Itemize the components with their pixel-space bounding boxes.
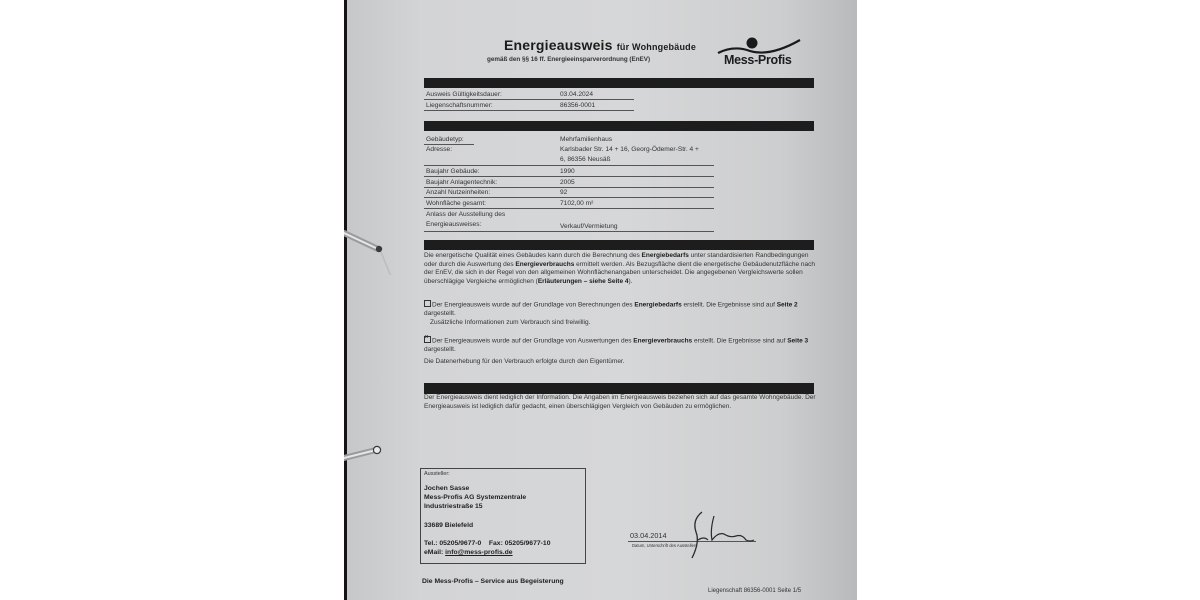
energy-certificate-page: Energieausweis für Wohngebäude gemäß den… — [344, 0, 857, 600]
option-demand-based: Der Energieausweis wurde auf der Grundla… — [424, 300, 816, 327]
bold-text: Erläuterungen – siehe Seite 4 — [538, 278, 629, 285]
issuer-fax: Fax: 05205/9677-10 — [489, 540, 551, 547]
bold-text: Energieverbrauchs — [633, 338, 692, 345]
document-title: Energieausweis für Wohngebäude — [504, 37, 696, 53]
text: erstellt. Die Ergebnisse sind auf — [692, 338, 787, 345]
info-paragraph: Die energetische Qualität eines Gebäudes… — [424, 252, 816, 286]
field-label: Ausweis Gültigkeitsdauer: — [426, 91, 502, 98]
living-area-row: Wohnfläche gesamt: 7102,00 m² — [424, 197, 714, 208]
text: erstellt. Die Ergebnisse sind auf — [682, 302, 777, 309]
binder-ring-icon — [344, 440, 404, 480]
footer-page-reference: Liegenschaft 86356-0001 Seite 1/5 — [708, 588, 801, 594]
title-main: Energieausweis — [504, 37, 613, 53]
bold-text: Energieverbrauchs — [515, 261, 574, 268]
logo-text: Mess-Profis — [724, 53, 792, 67]
field-label: Gebäudetyp: — [426, 136, 464, 143]
bold-text: Energiebedarfs — [634, 302, 681, 309]
title-suffix: für Wohngebäude — [617, 42, 696, 52]
field-value: 92 — [560, 189, 567, 196]
field-label: Adresse: — [426, 146, 452, 153]
field-label: Wohnfläche gesamt: — [426, 200, 486, 207]
units-row: Anzahl Nutzeinheiten: 92 — [424, 186, 714, 197]
issuer-email-link[interactable]: info@mess-profis.de — [445, 549, 512, 556]
section-bar — [424, 240, 814, 250]
document-subtitle: gemäß den §§ 16 ff. Energieeinsparverord… — [487, 56, 650, 63]
checkbox-consumption-based[interactable] — [424, 336, 431, 343]
validity-row: Ausweis Gültigkeitsdauer: 03.04.2024 — [424, 88, 714, 99]
field-value: Verkauf/Vermietung — [560, 223, 618, 230]
field-value: 03.04.2024 — [560, 91, 593, 98]
text: dargestellt. — [424, 310, 456, 317]
field-value: Karlsbader Str. 14 + 16, Georg-Ödemer-St… — [560, 146, 699, 153]
bold-text: Energiebedarfs — [642, 252, 689, 259]
field-label: Anzahl Nutzeinheiten: — [426, 189, 490, 196]
reason-row-2: Energieausweises: Verkauf/Vermietung — [424, 218, 714, 229]
bold-text: Seite 3 — [787, 338, 808, 345]
issuer-email-line: eMail: info@mess-profis.de — [424, 549, 513, 556]
divider — [424, 231, 714, 232]
text: Der Energieausweis wurde auf der Grundla… — [432, 302, 634, 309]
field-value: 2005 — [560, 179, 575, 186]
section-bar — [424, 383, 814, 394]
divider — [424, 110, 634, 111]
field-value: Mehrfamilienhaus — [560, 136, 612, 143]
issuer-phone: Tel.: 05205/9677-0 — [424, 540, 481, 547]
issuer-company: Mess-Profis AG Systemzentrale — [424, 494, 526, 501]
issuer-header: Aussteller: — [424, 471, 450, 477]
address-row-2: 6, 86356 Neusäß — [424, 153, 714, 164]
text: Der Energieausweis wurde auf der Grundla… — [432, 338, 633, 345]
field-label: Baujahr Gebäude: — [426, 168, 480, 175]
bold-text: Seite 2 — [777, 302, 798, 309]
field-label: Baujahr Anlagentechnik: — [426, 179, 497, 186]
text: ). — [629, 278, 633, 285]
text: dargestellt. — [424, 346, 456, 353]
section-bar — [424, 121, 814, 131]
binder-ring-icon — [344, 225, 404, 275]
email-label: eMail: — [424, 549, 445, 556]
issuer-contact: Tel.: 05205/9677-0 Fax: 05205/9677-10 — [424, 540, 550, 547]
text: Die energetische Qualität eines Gebäudes… — [424, 252, 642, 259]
section-bar — [424, 78, 814, 88]
mess-profis-logo: Mess-Profis — [716, 35, 806, 71]
document-photo: Energieausweis für Wohngebäude gemäß den… — [344, 0, 857, 600]
issuer-box: Aussteller: Jochen Sasse Mess-Profis AG … — [420, 468, 586, 564]
field-value: 6, 86356 Neusäß — [560, 156, 611, 163]
issuer-name: Jochen Sasse — [424, 485, 469, 492]
disclaimer-paragraph: Der Energieausweis dient lediglich der I… — [424, 394, 816, 411]
handwritten-signature-icon — [674, 510, 764, 562]
footer-slogan: Die Mess-Profis – Service aus Begeisteru… — [422, 578, 564, 585]
field-label: Liegenschaftsnummer: — [426, 102, 493, 109]
issuer-city: 33689 Bielefeld — [424, 522, 473, 529]
field-label: Anlass der Ausstellung des — [426, 211, 505, 218]
field-value: 86356-0001 — [560, 102, 595, 109]
field-value: 1990 — [560, 168, 575, 175]
data-collection-note: Die Datenerhebung für den Verbrauch erfo… — [424, 358, 816, 367]
property-number-row: Liegenschaftsnummer: 86356-0001 — [424, 99, 714, 110]
issuer-street: Industriestraße 15 — [424, 503, 483, 510]
checkbox-demand-based[interactable] — [424, 300, 431, 307]
option-consumption-based: Der Energieausweis wurde auf der Grundla… — [424, 336, 816, 355]
option-extra-note: Zusätzliche Informationen zum Verbrauch … — [424, 319, 816, 328]
signature-date: 03.04.2014 — [630, 531, 667, 540]
field-label: Energieausweises: — [426, 221, 481, 228]
field-value: 7102,00 m² — [560, 200, 593, 207]
year-built-row: Baujahr Gebäude: 1990 — [424, 165, 714, 176]
